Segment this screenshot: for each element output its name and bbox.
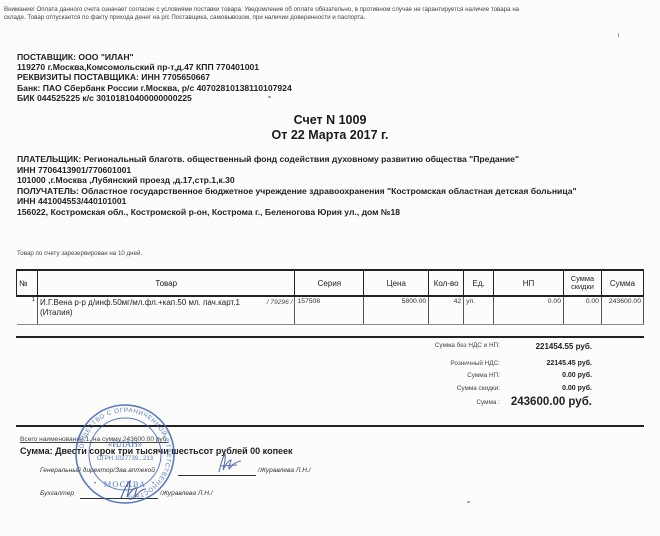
reserve-note: Товар по счету зарезервирован на 10 дней… (17, 250, 142, 257)
cell-goods: / 79296 /И.Г.Вена р-р д/инф.50мг/мл.фл.+… (37, 296, 294, 325)
payer-name: ПЛАТЕЛЬЩИК: Региональный благотв. общест… (17, 154, 577, 165)
table-row: 1 / 79296 /И.Г.Вена р-р д/инф.50мг/мл.фл… (17, 296, 644, 325)
grand-total-label: Сумма : (476, 399, 500, 406)
recipient-inn: ИНН 441004553/440101001 (17, 196, 577, 207)
col-header-series: Серия (295, 270, 364, 296)
totals-top-divider (16, 336, 644, 338)
col-header-sum: Сумма (601, 270, 643, 296)
cell-unit: уп. (464, 296, 494, 325)
supplier-bik: БИК 044525225 к/с 30101810400000000225 (17, 93, 292, 103)
accountant-label: Бухгалтер (40, 490, 74, 497)
cell-discount: 0.00 (563, 296, 601, 325)
director-signature-icon (215, 452, 243, 474)
cell-goods-code: / 79296 / (267, 298, 293, 308)
recipient-name: ПОЛУЧАТЕЛЬ: Областное государственное бю… (17, 186, 577, 197)
scan-speck (618, 33, 619, 37)
payer-address: 101000 ,г.Москва ,Лубянский проезд ,д.17… (17, 175, 577, 186)
col-header-discount: Сумма скидки (563, 270, 601, 296)
supplier-block: ПОСТАВЩИК: ООО "ИЛАН" 119270 г.Москва,Ко… (17, 52, 292, 103)
discount-value: 0.00 руб. (562, 385, 592, 392)
svg-text:•: • (152, 481, 154, 487)
supplier-bank: Банк: ПАО Сбербанк России г.Москва, р/с … (17, 83, 292, 93)
np-value: 0.00 руб. (562, 372, 592, 379)
payment-notice: Внимание! Оплата данного счета означает … (4, 6, 524, 22)
recipient-address: 156022, Костромская обл., Костромской р-… (17, 207, 577, 218)
np-label: Сумма НП: (467, 372, 500, 379)
total-without-vat-label: Сумма без НДС и НП: (435, 342, 500, 349)
payer-block: ПЛАТЕЛЬЩИК: Региональный благотв. общест… (17, 154, 577, 218)
svg-text:•: • (94, 481, 96, 487)
total-without-vat-value: 221454.55 руб. (536, 342, 592, 351)
vat-row: Розничный НДС: 22145.45 руб. (330, 360, 630, 372)
payer-inn: ИНН 7706413901/770601001 (17, 165, 577, 176)
cell-series: 157508 (295, 296, 364, 325)
vat-value: 22145.45 руб. (547, 360, 593, 367)
col-header-unit: Ед. (464, 270, 494, 296)
scan-speck (467, 501, 470, 503)
supplier-requisites: РЕКВИЗИТЫ ПОСТАВЩИКА: ИНН 7705650667 (17, 72, 292, 82)
col-header-goods: Товар (37, 270, 294, 296)
accountant-signature-icon (118, 478, 148, 502)
cell-price: 5800.00 (364, 296, 429, 325)
supplier-address: 119270 г.Москва,Комсомольский пр-т,д.47 … (17, 62, 292, 72)
invoice-date: От 22 Марта 2017 г. (0, 128, 660, 143)
director-name: /Журавлева Л.Н./ (258, 467, 311, 474)
table-header-row: № Товар Серия Цена Кол-во Ед. НП Сумма с… (17, 270, 644, 296)
director-signature-line (178, 475, 256, 476)
vat-label: Розничный НДС: (450, 360, 500, 367)
cell-no: 1 (17, 296, 38, 325)
invoice-title: Счет N 1009 От 22 Марта 2017 г. (0, 113, 660, 143)
col-header-no: № (17, 270, 38, 296)
cell-qty: 42 (429, 296, 464, 325)
grand-total-value: 243600.00 руб. (511, 396, 592, 408)
cell-np: 0.00 (494, 296, 564, 325)
col-header-qty: Кол-во (429, 270, 464, 296)
cell-sum: 243600.00 (601, 296, 643, 325)
svg-text:«ИЛАН»: «ИЛАН» (108, 439, 143, 449)
cell-goods-name: И.Г.Вена р-р д/инф.50мг/мл.фл.+кап.50 мл… (40, 298, 240, 317)
items-table: № Товар Серия Цена Кол-во Ед. НП Сумма с… (16, 269, 644, 325)
grand-total-row: Сумма : 243600.00 руб. (330, 396, 630, 408)
invoice-number: Счет N 1009 (0, 113, 660, 128)
supplier-name: ПОСТАВЩИК: ООО "ИЛАН" (17, 52, 292, 62)
col-header-np: НП (494, 270, 564, 296)
scan-speck (268, 96, 271, 98)
discount-label: Сумма скидки: (457, 385, 500, 392)
col-header-price: Цена (364, 270, 429, 296)
svg-text:ОГРН 1027739...213: ОГРН 1027739...213 (97, 456, 154, 462)
np-row: Сумма НП: 0.00 руб. (330, 372, 630, 384)
total-without-vat-row: Сумма без НДС и НП: 221454.55 руб. (330, 342, 630, 354)
